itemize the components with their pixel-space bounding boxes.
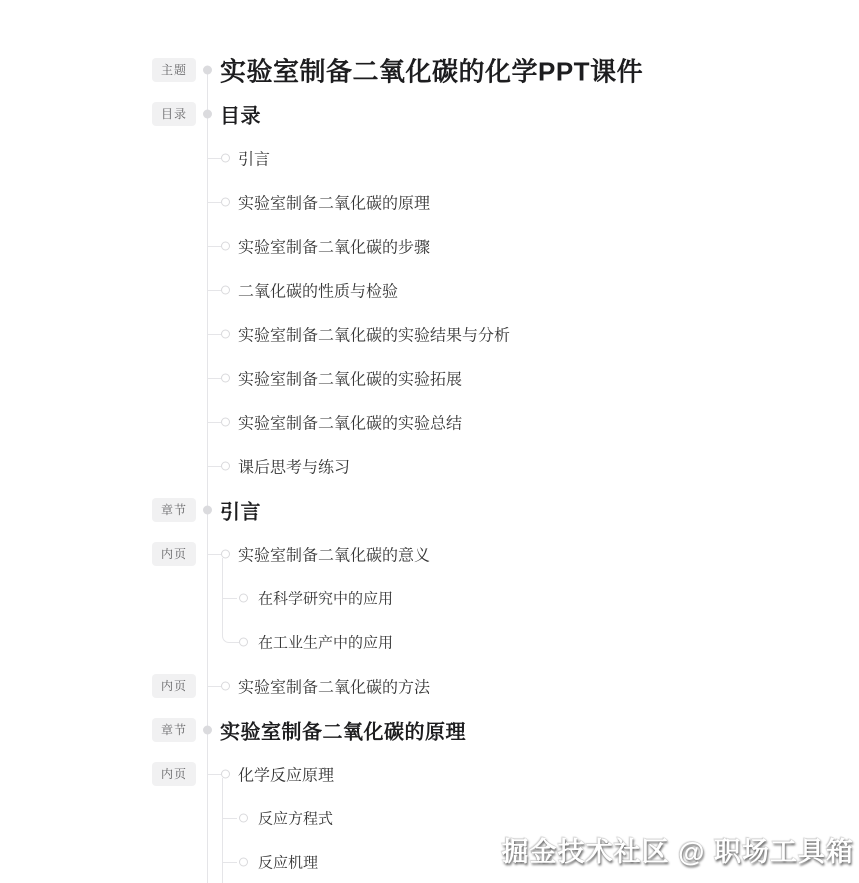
outline-row: 主题实验室制备二氧化碳的化学PPT课件 — [0, 48, 859, 92]
node-ring-icon — [221, 374, 230, 383]
node-label[interactable]: 二氧化碳的性质与检验 — [238, 279, 398, 302]
connector-line — [223, 818, 237, 819]
node-type-badge: 章节 — [152, 498, 196, 522]
outline-row: 实验室制备二氧化碳的实验总结 — [0, 400, 859, 444]
node-ring-icon — [221, 770, 230, 779]
node-ring-icon — [221, 682, 230, 691]
node-label[interactable]: 实验室制备二氧化碳的原理 — [220, 716, 466, 745]
node-ring-icon — [221, 198, 230, 207]
outline-row: 引言 — [0, 136, 859, 180]
node-ring-icon — [239, 594, 248, 603]
node-type-badge: 主题 — [152, 58, 196, 82]
outline-row: 内页实验室制备二氧化碳的方法 — [0, 664, 859, 708]
node-label[interactable]: 反应方程式 — [258, 808, 333, 829]
node-type-badge: 内页 — [152, 542, 196, 566]
connector-line — [208, 378, 221, 379]
connector-line — [223, 598, 237, 599]
node-type-badge: 内页 — [152, 674, 196, 698]
node-dot-icon — [203, 506, 212, 515]
node-label[interactable]: 实验室制备二氧化碳的意义 — [238, 543, 430, 566]
watermark-text: 掘金技术社区 @ 职场工具箱 — [502, 830, 854, 869]
node-label[interactable]: 化学反应原理 — [238, 763, 334, 786]
node-label[interactable]: 实验室制备二氧化碳的实验总结 — [238, 411, 462, 434]
connector-line — [208, 202, 221, 203]
connector-line — [208, 246, 221, 247]
node-ring-icon — [239, 814, 248, 823]
node-label[interactable]: 实验室制备二氧化碳的步骤 — [238, 235, 430, 258]
outline-row: 内页实验室制备二氧化碳的意义 — [0, 532, 859, 576]
outline-row: 目录目录 — [0, 92, 859, 136]
node-label[interactable]: 实验室制备二氧化碳的化学PPT课件 — [220, 52, 643, 89]
outline-row: 实验室制备二氧化碳的原理 — [0, 180, 859, 224]
node-ring-icon — [239, 638, 248, 647]
node-ring-icon — [221, 154, 230, 163]
connector-line — [208, 290, 221, 291]
node-ring-icon — [221, 242, 230, 251]
node-label[interactable]: 目录 — [220, 100, 261, 129]
outline-row: 章节引言 — [0, 488, 859, 532]
node-ring-icon — [239, 858, 248, 867]
node-type-badge: 目录 — [152, 102, 196, 126]
node-ring-icon — [221, 550, 230, 559]
outline-row: 二氧化碳的性质与检验 — [0, 268, 859, 312]
connector-line — [208, 334, 221, 335]
outline-row: 实验室制备二氧化碳的实验结果与分析 — [0, 312, 859, 356]
connector-line — [208, 554, 221, 555]
node-label[interactable]: 在工业生产中的应用 — [258, 632, 393, 653]
node-label[interactable]: 课后思考与练习 — [238, 455, 350, 478]
connector-line — [208, 774, 221, 775]
node-dot-icon — [203, 726, 212, 735]
connector-line — [223, 862, 237, 863]
node-label[interactable]: 实验室制备二氧化碳的方法 — [238, 675, 430, 698]
node-type-badge: 内页 — [152, 762, 196, 786]
node-dot-icon — [203, 110, 212, 119]
node-label[interactable]: 反应机理 — [258, 852, 318, 873]
outline-row: 课后思考与练习 — [0, 444, 859, 488]
outline-row: 实验室制备二氧化碳的实验拓展 — [0, 356, 859, 400]
outline-row: 实验室制备二氧化碳的步骤 — [0, 224, 859, 268]
node-ring-icon — [221, 462, 230, 471]
outline-row: 在科学研究中的应用 — [0, 576, 859, 620]
ppt-outline-canvas: 主题实验室制备二氧化碳的化学PPT课件目录目录引言实验室制备二氧化碳的原理实验室… — [0, 0, 859, 883]
node-ring-icon — [221, 286, 230, 295]
node-label[interactable]: 实验室制备二氧化碳的实验拓展 — [238, 367, 462, 390]
node-ring-icon — [221, 418, 230, 427]
node-label[interactable]: 实验室制备二氧化碳的原理 — [238, 191, 430, 214]
node-label[interactable]: 在科学研究中的应用 — [258, 588, 393, 609]
node-ring-icon — [221, 330, 230, 339]
node-dot-icon — [203, 66, 212, 75]
connector-line — [208, 158, 221, 159]
outline-row: 在工业生产中的应用 — [0, 620, 859, 664]
node-type-badge: 章节 — [152, 718, 196, 742]
node-label[interactable]: 引言 — [238, 147, 270, 170]
connector-line — [208, 686, 221, 687]
outline-row: 章节实验室制备二氧化碳的原理 — [0, 708, 859, 752]
outline-row: 内页化学反应原理 — [0, 752, 859, 796]
node-label[interactable]: 实验室制备二氧化碳的实验结果与分析 — [238, 323, 510, 346]
connector-line — [208, 466, 221, 467]
node-label[interactable]: 引言 — [220, 496, 261, 525]
connector-line — [208, 422, 221, 423]
